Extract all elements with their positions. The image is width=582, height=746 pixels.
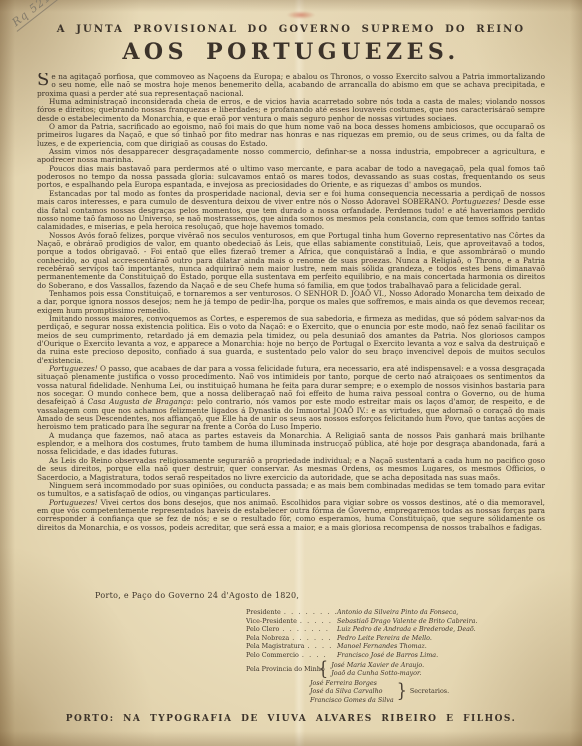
drop-cap: S xyxy=(37,73,51,88)
signature-row: Vice-Presidente. . . . .Sebastiaõ Drago … xyxy=(246,617,545,626)
minho-group: Pela Provincia do Minho { José Maria Xav… xyxy=(246,661,545,678)
imprint: PORTO: NA TYPOGRAFIA DE VIUVA ALVARES RI… xyxy=(37,714,545,724)
signatory-name: Sebastiaõ Drago Valente de Brito Cabreir… xyxy=(337,617,477,626)
printed-area: A JUNTA PROVISIONAL DO GOVERNO SUPREMO D… xyxy=(37,24,545,724)
secretaries-label: Secretarios. xyxy=(410,687,449,696)
paragraph: Poucos dias mais bastavaõ para perdermos… xyxy=(37,165,545,190)
proclamation-document: Rq 5210 A JUNTA PROVISIONAL DO GOVERNO S… xyxy=(0,0,582,746)
paragraph: Nossos Avós foraõ felizes, porque vivêra… xyxy=(37,232,545,290)
paragraph: Tenhamos pois essa Constituiçaõ, e torna… xyxy=(37,290,545,315)
signatory-name: José da Silva Carvalho xyxy=(310,687,394,696)
right-brace: } xyxy=(397,687,407,697)
signatory-name: José Maria Xavier de Araujo. xyxy=(331,661,424,670)
paragraph: Se na agitaçaõ porfiosa, que commoveo as… xyxy=(37,73,545,98)
paragraph: O amor da Patria, sacrificado ao egoismo… xyxy=(37,123,545,148)
paragraph: Portuguezes! O passo, que acabaes de dar… xyxy=(37,365,545,432)
minho-names: José Maria Xavier de Araujo. Joaõ da Cun… xyxy=(331,661,424,678)
paragraph: Imitando nossos maiores, convoquemos as … xyxy=(37,315,545,365)
paragraph: Estancadas por tal modo as fontes da pro… xyxy=(37,190,545,232)
secretary-names: José Ferreira Borges José da Silva Carva… xyxy=(310,679,394,705)
text-segment: Assim vimos nós desapparecer desgraçadam… xyxy=(37,147,545,164)
text-segment: Tenhamos pois essa Constituiçaõ, e torna… xyxy=(37,289,545,315)
paragraph: Ninguem será incommodado por suas opiniõ… xyxy=(37,482,545,499)
text-segment: Huma administraçaõ inconsiderada cheia d… xyxy=(37,97,545,123)
proclamation-body: Se na agitaçaõ porfiosa, que commoveo as… xyxy=(37,73,545,585)
signatory-role: Pela Provincia do Minho xyxy=(246,665,318,674)
signature-block: Presidente. . . . . . . .Antonio da Silv… xyxy=(246,608,545,705)
signatory-role: Pela Nobreza. . . . . . xyxy=(246,634,337,643)
signature-row: Pelo Clero. . . . . . .Luiz Pedro de And… xyxy=(246,625,545,634)
text-segment: Nossos Avós foraõ felizes, porque vivêra… xyxy=(37,231,545,290)
left-brace: { xyxy=(318,664,328,674)
document-heading: A JUNTA PROVISIONAL DO GOVERNO SUPREMO D… xyxy=(37,24,545,35)
signature-rows: Presidente. . . . . . . .Antonio da Silv… xyxy=(246,608,545,660)
text-segment: A mudança que fazemos, naõ ataca as part… xyxy=(37,431,545,457)
document-title: AOS PORTUGUEZES. xyxy=(37,39,545,65)
signature-row: Pelo Commercio. . . .Francisco José de B… xyxy=(246,651,545,660)
signatory-role: Presidente. . . . . . . . xyxy=(246,608,337,617)
signatory-name: Francisco José de Barros Lima. xyxy=(337,651,438,660)
text-segment: Poucos dias mais bastavaõ para perdermos… xyxy=(37,164,545,190)
signatory-name: Pedro Leite Pereira de Mello. xyxy=(337,634,432,643)
paragraph: Huma administraçaõ inconsiderada cheia d… xyxy=(37,98,545,123)
dot-leader: . . . . . . . xyxy=(282,625,329,633)
text-segment: Ninguem será incommodado por suas opiniõ… xyxy=(37,481,545,498)
signatory-role: Pela Magistratura. . . . xyxy=(246,642,337,651)
signatory-role: Pelo Clero. . . . . . . xyxy=(246,625,337,634)
signature-row: Presidente. . . . . . . .Antonio da Silv… xyxy=(246,608,545,617)
signatory-name: José Ferreira Borges xyxy=(310,679,394,688)
dot-leader: . . . . . xyxy=(300,617,333,625)
signatory-name: Joaõ da Cunha Sotto-mayor. xyxy=(331,669,424,678)
signature-row: Pela Nobreza. . . . . .Pedro Leite Perei… xyxy=(246,634,545,643)
secretaries-group: José Ferreira Borges José da Silva Carva… xyxy=(310,679,545,705)
paragraph: As Leis do Reino observadas religiosamen… xyxy=(37,457,545,482)
dateline: Porto, e Paço do Governo 24 d'Agosto de … xyxy=(37,591,545,600)
signatory-role: Vice-Presidente. . . . . xyxy=(246,617,337,626)
paragraph: Portuguezes! Vivei certos dos bons desej… xyxy=(37,499,545,532)
dot-leader: . . . . . . . . xyxy=(284,608,337,616)
text-segment: Imitando nossos maiores, convoquemos as … xyxy=(37,314,545,365)
text-segment: O amor da Patria, sacrificado ao egoismo… xyxy=(37,122,545,148)
signatory-name: Luiz Pedro de Andrada e Brederode, Deaõ. xyxy=(337,625,476,634)
signatory-name: Francisco Gomes da Silva xyxy=(310,696,394,705)
signatory-name: Antonio da Silveira Pinto da Fonseca, xyxy=(337,608,458,617)
text-segment: As Leis do Reino observadas religiosamen… xyxy=(37,456,545,482)
paragraph: A mudança que fazemos, naõ ataca as part… xyxy=(37,432,545,457)
signature-row: Pela Magistratura. . . .Manoel Fernandes… xyxy=(246,642,545,651)
text-segment: Vivei certos dos bons desejos, que nos a… xyxy=(37,498,545,532)
dot-leader: . . . . . . xyxy=(292,634,332,642)
red-ink-smudge xyxy=(287,11,315,19)
text-segment: e na agitaçaõ porfiosa, que commoveo as … xyxy=(37,73,545,98)
signatory-name: Manoel Fernandes Thomaz. xyxy=(337,642,427,651)
dot-leader: . . . . xyxy=(307,642,332,650)
paragraph: Assim vimos nós desapparecer desgraçadam… xyxy=(37,148,545,165)
